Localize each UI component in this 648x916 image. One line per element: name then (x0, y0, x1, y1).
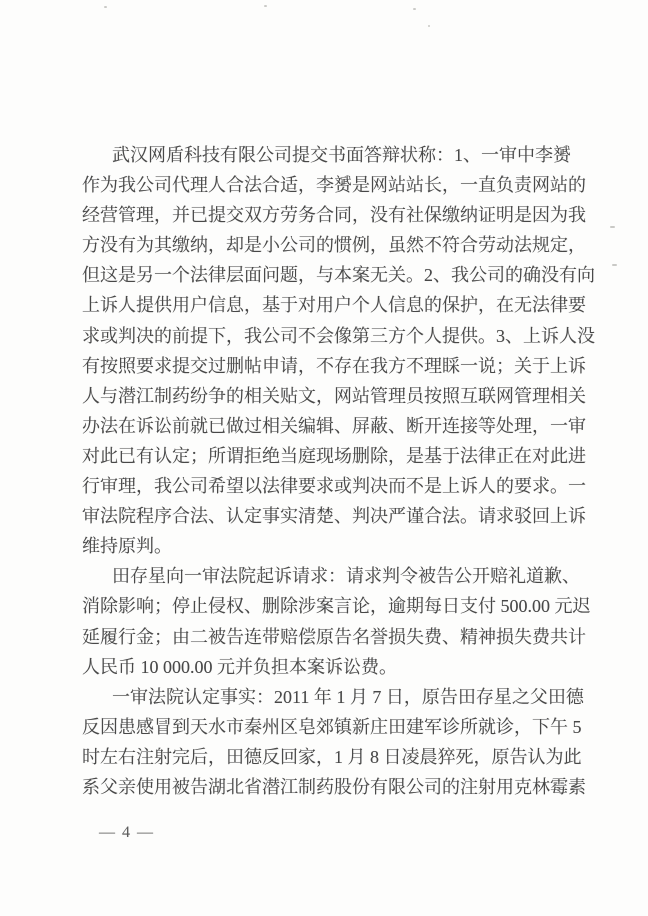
scan-artifact-dot (413, 8, 416, 10)
scan-artifact-dot (104, 6, 107, 8)
text-line: 经营管理，并已提交双方劳务合同，没有社保缴纳证明是因为我 (82, 200, 568, 230)
document-body: 武汉网盾科技有限公司提交书面答辩状称：1、一审中李赟 作为我公司代理人合法合适，… (82, 140, 568, 802)
text-line: 有按照要求提交过删帖申请，不存在我方不理睬一说；关于上诉 (82, 351, 568, 381)
scanned-court-document-page: 武汉网盾科技有限公司提交书面答辩状称：1、一审中李赟 作为我公司代理人合法合适，… (0, 0, 648, 916)
text-line: 反因患感冒到天水市秦州区皂郊镇新庄田建军诊所就诊，下午 5 (82, 712, 568, 742)
text-line: 人民币 10 000.00 元并负担本案诉讼费。 (82, 652, 568, 682)
text-line: 延履行金；由二被告连带赔偿原告名誉损失费、精神损失费共计 (82, 622, 568, 652)
text-line: 人与潜江制药纷争的相关贴文，网站管理员按照互联网管理相关 (82, 381, 568, 411)
text-line: 行审理，我公司希望以法律要求或判决而不是上诉人的要求。一 (82, 471, 568, 501)
text-line: 方没有为其缴纳，却是小公司的惯例，虽然不符合劳动法规定， (82, 230, 568, 260)
scan-artifact-dot (610, 226, 615, 228)
text-line: 一审法院认定事实：2011 年 1 月 7 日，原告田存星之父田德 (82, 682, 568, 712)
text-line: 审法院程序合法、认定事实清楚、判决严谨合法。请求驳回上诉 (82, 501, 568, 531)
scan-artifact-dot (428, 25, 430, 27)
text-line: 系父亲使用被告湖北省潜江制药股份有限公司的注射用克林霉素 (82, 772, 568, 802)
text-line: 但这是另一个法律层面问题，与本案无关。2、我公司的确没有向 (82, 260, 568, 290)
text-line: 消除影响；停止侵权、删除涉案言论，逾期每日支付 500.00 元迟 (82, 591, 568, 621)
text-line: 维持原判。 (82, 531, 568, 561)
text-line: 上诉人提供用户信息，基于对用户个人信息的保护，在无法律要 (82, 290, 568, 320)
page-number: — 4 — (99, 822, 155, 844)
text-line: 武汉网盾科技有限公司提交书面答辩状称：1、一审中李赟 (82, 140, 568, 170)
text-line: 求或判决的前提下，我公司不会像第三方个人提供。3、上诉人没 (82, 321, 568, 351)
scan-artifact-dot (264, 5, 267, 7)
text-line: 田存星向一审法院起诉请求：请求判令被告公开赔礼道歉、 (82, 561, 568, 591)
text-line: 对此已有认定；所谓拒绝当庭现场删除，是基于法律正在对此进 (82, 441, 568, 471)
text-line: 时左右注射完后，田德反回家，1 月 8 日凌晨猝死，原告认为此 (82, 742, 568, 772)
text-line: 作为我公司代理人合法合适，李赟是网站站长，一直负责网站的 (82, 170, 568, 200)
text-line: 办法在诉讼前就已做过相关编辑、屏蔽、断开连接等处理，一审 (82, 411, 568, 441)
scan-artifact-dot (612, 264, 617, 266)
